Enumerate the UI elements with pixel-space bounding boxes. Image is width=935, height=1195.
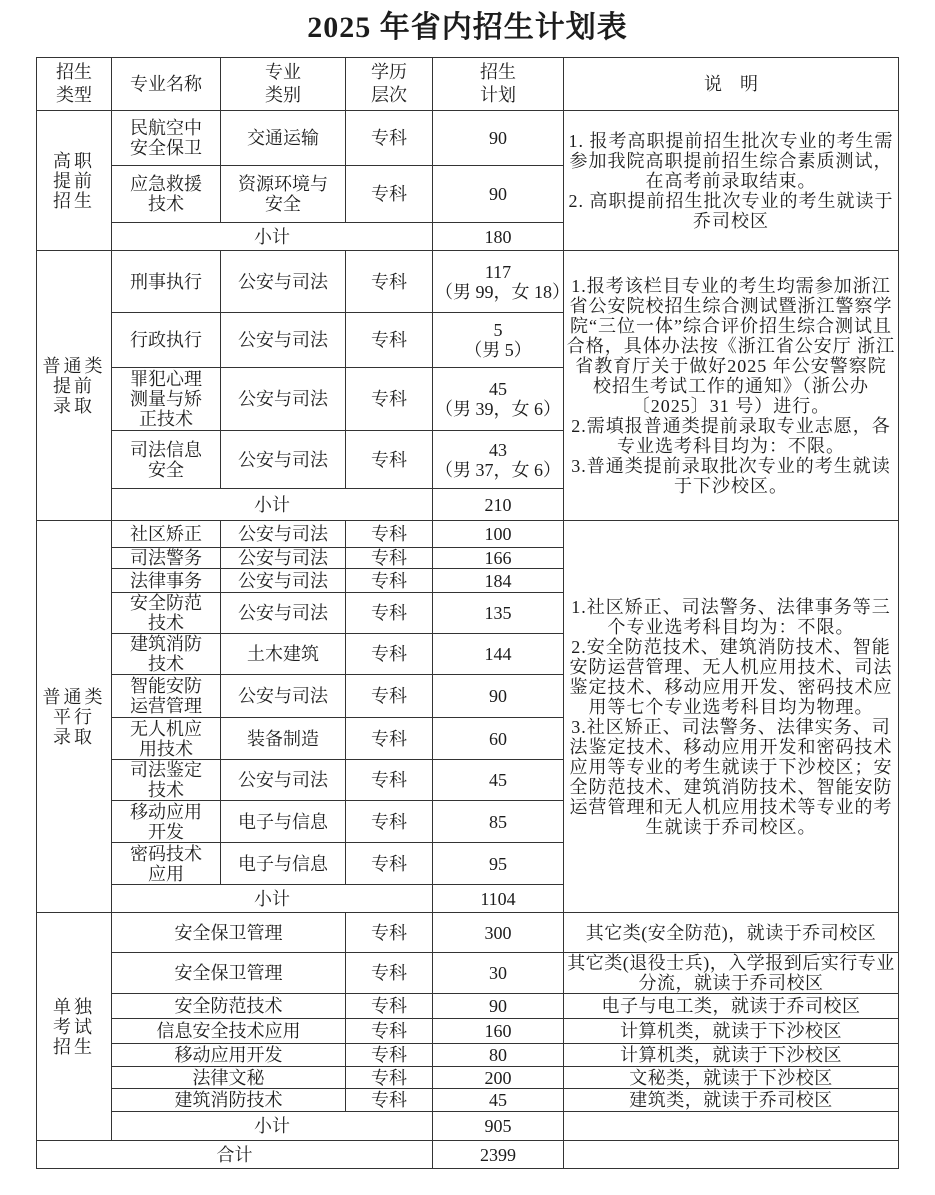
table-row: 法律文秘 专科 200 文秘类，就读于下沙校区 bbox=[37, 1067, 899, 1089]
subtotal-label-cell: 小计 bbox=[112, 1112, 433, 1141]
table-row: 安全防范技术 专科 90 电子与电工类，就读于乔司校区 bbox=[37, 994, 899, 1019]
plan-cell: 45 bbox=[433, 1089, 564, 1112]
plan-cell: 135 bbox=[433, 593, 564, 634]
category-cell: 装备制造 bbox=[221, 718, 346, 760]
table-row: 高职 提前 招生 民航空中 安全保卫 交通运输 专科 90 1. 报考高职提前招… bbox=[37, 111, 899, 166]
major-cell: 罪犯心理 测量与矫 正技术 bbox=[112, 368, 221, 431]
enrollment-plan-table: 招生 类型 专业名称 专业 类别 学历 层次 招生 计划 说 明 高职 提前 招… bbox=[36, 57, 899, 1169]
plan-cell: 200 bbox=[433, 1067, 564, 1089]
plan-cell: 166 bbox=[433, 548, 564, 569]
category-cell: 土木建筑 bbox=[221, 634, 346, 675]
section-type-cell: 普通类 提前 录取 bbox=[37, 251, 112, 521]
total-value-cell: 2399 bbox=[433, 1141, 564, 1169]
total-row: 合计 2399 bbox=[37, 1141, 899, 1169]
plan-cell: 300 bbox=[433, 913, 564, 953]
row-note-cell: 其它类(退役士兵)，入学报到后实行专业分流，就读于乔司校区 bbox=[564, 953, 899, 994]
plan-cell: 90 bbox=[433, 994, 564, 1019]
level-cell: 专科 bbox=[346, 1089, 433, 1112]
major-cell: 社区矫正 bbox=[112, 521, 221, 548]
major-cell: 安全防范技术 bbox=[112, 994, 346, 1019]
total-label-cell: 合计 bbox=[37, 1141, 433, 1169]
major-cell: 信息安全技术应用 bbox=[112, 1019, 346, 1044]
subtotal-value-cell: 1104 bbox=[433, 885, 564, 913]
header-plan: 招生 计划 bbox=[433, 58, 564, 111]
major-cell: 智能安防 运营管理 bbox=[112, 675, 221, 718]
subtotal-label-cell: 小计 bbox=[112, 489, 433, 521]
plan-cell: 85 bbox=[433, 801, 564, 843]
plan-cell: 5 （男 5） bbox=[433, 313, 564, 368]
level-cell: 专科 bbox=[346, 675, 433, 718]
category-cell: 公安与司法 bbox=[221, 313, 346, 368]
row-note-cell: 文秘类，就读于下沙校区 bbox=[564, 1067, 899, 1089]
category-cell: 公安与司法 bbox=[221, 569, 346, 593]
level-cell: 专科 bbox=[346, 368, 433, 431]
level-cell: 专科 bbox=[346, 431, 433, 489]
plan-cell: 30 bbox=[433, 953, 564, 994]
level-cell: 专科 bbox=[346, 548, 433, 569]
plan-cell: 160 bbox=[433, 1019, 564, 1044]
plan-cell: 90 bbox=[433, 111, 564, 166]
major-cell: 安全保卫管理 bbox=[112, 953, 346, 994]
plan-cell: 100 bbox=[433, 521, 564, 548]
plan-cell: 90 bbox=[433, 166, 564, 223]
major-cell: 法律事务 bbox=[112, 569, 221, 593]
table-header-row: 招生 类型 专业名称 专业 类别 学历 层次 招生 计划 说 明 bbox=[37, 58, 899, 111]
major-cell: 移动应用开发 bbox=[112, 1044, 346, 1067]
page-title: 2025 年省内招生计划表 bbox=[0, 0, 935, 48]
section-note-cell: 1.报考该栏目专业的考生均需参加浙江省公安院校招生综合测试暨浙江警察学院“三位一… bbox=[564, 251, 899, 521]
header-level: 学历 层次 bbox=[346, 58, 433, 111]
section-type-cell: 单独 考试 招生 bbox=[37, 913, 112, 1141]
plan-cell: 45 （男 39，女 6） bbox=[433, 368, 564, 431]
plan-cell: 90 bbox=[433, 675, 564, 718]
category-cell: 电子与信息 bbox=[221, 801, 346, 843]
level-cell: 专科 bbox=[346, 1067, 433, 1089]
level-cell: 专科 bbox=[346, 953, 433, 994]
subtotal-value-cell: 905 bbox=[433, 1112, 564, 1141]
major-cell: 司法鉴定 技术 bbox=[112, 760, 221, 801]
subtotal-label-cell: 小计 bbox=[112, 223, 433, 251]
level-cell: 专科 bbox=[346, 569, 433, 593]
level-cell: 专科 bbox=[346, 760, 433, 801]
level-cell: 专科 bbox=[346, 593, 433, 634]
row-note-cell: 计算机类，就读于下沙校区 bbox=[564, 1019, 899, 1044]
level-cell: 专科 bbox=[346, 166, 433, 223]
category-cell: 公安与司法 bbox=[221, 675, 346, 718]
category-cell: 公安与司法 bbox=[221, 760, 346, 801]
section-note-cell: 1. 报考高职提前招生批次专业的考生需参加我院高职提前招生综合素质测试，在高考前… bbox=[564, 111, 899, 251]
major-cell: 法律文秘 bbox=[112, 1067, 346, 1089]
plan-cell: 144 bbox=[433, 634, 564, 675]
plan-cell: 184 bbox=[433, 569, 564, 593]
plan-cell: 60 bbox=[433, 718, 564, 760]
subtotal-value-cell: 210 bbox=[433, 489, 564, 521]
major-cell: 司法警务 bbox=[112, 548, 221, 569]
category-cell: 电子与信息 bbox=[221, 843, 346, 885]
table-row: 安全保卫管理 专科 30 其它类(退役士兵)，入学报到后实行专业分流，就读于乔司… bbox=[37, 953, 899, 994]
category-cell: 交通运输 bbox=[221, 111, 346, 166]
row-note-cell: 电子与电工类，就读于乔司校区 bbox=[564, 994, 899, 1019]
major-cell: 建筑消防 技术 bbox=[112, 634, 221, 675]
table-row: 信息安全技术应用 专科 160 计算机类，就读于下沙校区 bbox=[37, 1019, 899, 1044]
level-cell: 专科 bbox=[346, 994, 433, 1019]
category-cell: 公安与司法 bbox=[221, 593, 346, 634]
row-note-cell: 其它类(安全防范)，就读于乔司校区 bbox=[564, 913, 899, 953]
header-major: 专业名称 bbox=[112, 58, 221, 111]
plan-cell: 43 （男 37，女 6） bbox=[433, 431, 564, 489]
major-cell: 行政执行 bbox=[112, 313, 221, 368]
table-row: 单独 考试 招生 安全保卫管理 专科 300 其它类(安全防范)，就读于乔司校区 bbox=[37, 913, 899, 953]
row-note-cell: 建筑类，就读于乔司校区 bbox=[564, 1089, 899, 1112]
plan-cell: 45 bbox=[433, 760, 564, 801]
major-cell: 无人机应 用技术 bbox=[112, 718, 221, 760]
level-cell: 专科 bbox=[346, 521, 433, 548]
category-cell: 公安与司法 bbox=[221, 548, 346, 569]
major-cell: 司法信息 安全 bbox=[112, 431, 221, 489]
level-cell: 专科 bbox=[346, 843, 433, 885]
level-cell: 专科 bbox=[346, 634, 433, 675]
level-cell: 专科 bbox=[346, 801, 433, 843]
major-cell: 民航空中 安全保卫 bbox=[112, 111, 221, 166]
subtotal-row: 小计 905 bbox=[37, 1112, 899, 1141]
level-cell: 专科 bbox=[346, 111, 433, 166]
document-page: 2025 年省内招生计划表 招生 类型 专业名称 专业 类别 学历 层次 招生 … bbox=[0, 0, 935, 1195]
major-cell: 密码技术 应用 bbox=[112, 843, 221, 885]
table-row: 普通类 平行 录取 社区矫正 公安与司法 专科 100 1.社区矫正、司法警务、… bbox=[37, 521, 899, 548]
category-cell: 资源环境与 安全 bbox=[221, 166, 346, 223]
header-category: 专业 类别 bbox=[221, 58, 346, 111]
plan-cell: 117 （男 99，女 18） bbox=[433, 251, 564, 313]
major-cell: 移动应用 开发 bbox=[112, 801, 221, 843]
category-cell: 公安与司法 bbox=[221, 368, 346, 431]
category-cell: 公安与司法 bbox=[221, 431, 346, 489]
header-note: 说 明 bbox=[564, 58, 899, 111]
major-cell: 安全保卫管理 bbox=[112, 913, 346, 953]
level-cell: 专科 bbox=[346, 251, 433, 313]
level-cell: 专科 bbox=[346, 913, 433, 953]
level-cell: 专科 bbox=[346, 1019, 433, 1044]
subtotal-label-cell: 小计 bbox=[112, 885, 433, 913]
major-cell: 刑事执行 bbox=[112, 251, 221, 313]
subtotal-value-cell: 180 bbox=[433, 223, 564, 251]
plan-cell: 95 bbox=[433, 843, 564, 885]
row-note-cell: 计算机类，就读于下沙校区 bbox=[564, 1044, 899, 1067]
major-cell: 安全防范 技术 bbox=[112, 593, 221, 634]
plan-cell: 80 bbox=[433, 1044, 564, 1067]
section-note-cell: 1.社区矫正、司法警务、法律事务等三个专业选考科目均为：不限。 2.安全防范技术… bbox=[564, 521, 899, 913]
header-type: 招生 类型 bbox=[37, 58, 112, 111]
table-row: 普通类 提前 录取 刑事执行 公安与司法 专科 117 （男 99，女 18） … bbox=[37, 251, 899, 313]
section-type-cell: 高职 提前 招生 bbox=[37, 111, 112, 251]
category-cell: 公安与司法 bbox=[221, 251, 346, 313]
level-cell: 专科 bbox=[346, 718, 433, 760]
major-cell: 建筑消防技术 bbox=[112, 1089, 346, 1112]
major-cell: 应急救援 技术 bbox=[112, 166, 221, 223]
level-cell: 专科 bbox=[346, 1044, 433, 1067]
level-cell: 专科 bbox=[346, 313, 433, 368]
category-cell: 公安与司法 bbox=[221, 521, 346, 548]
table-row: 建筑消防技术 专科 45 建筑类，就读于乔司校区 bbox=[37, 1089, 899, 1112]
subtotal-note-cell bbox=[564, 1112, 899, 1141]
table-row: 移动应用开发 专科 80 计算机类，就读于下沙校区 bbox=[37, 1044, 899, 1067]
total-note-cell bbox=[564, 1141, 899, 1169]
section-type-cell: 普通类 平行 录取 bbox=[37, 521, 112, 913]
